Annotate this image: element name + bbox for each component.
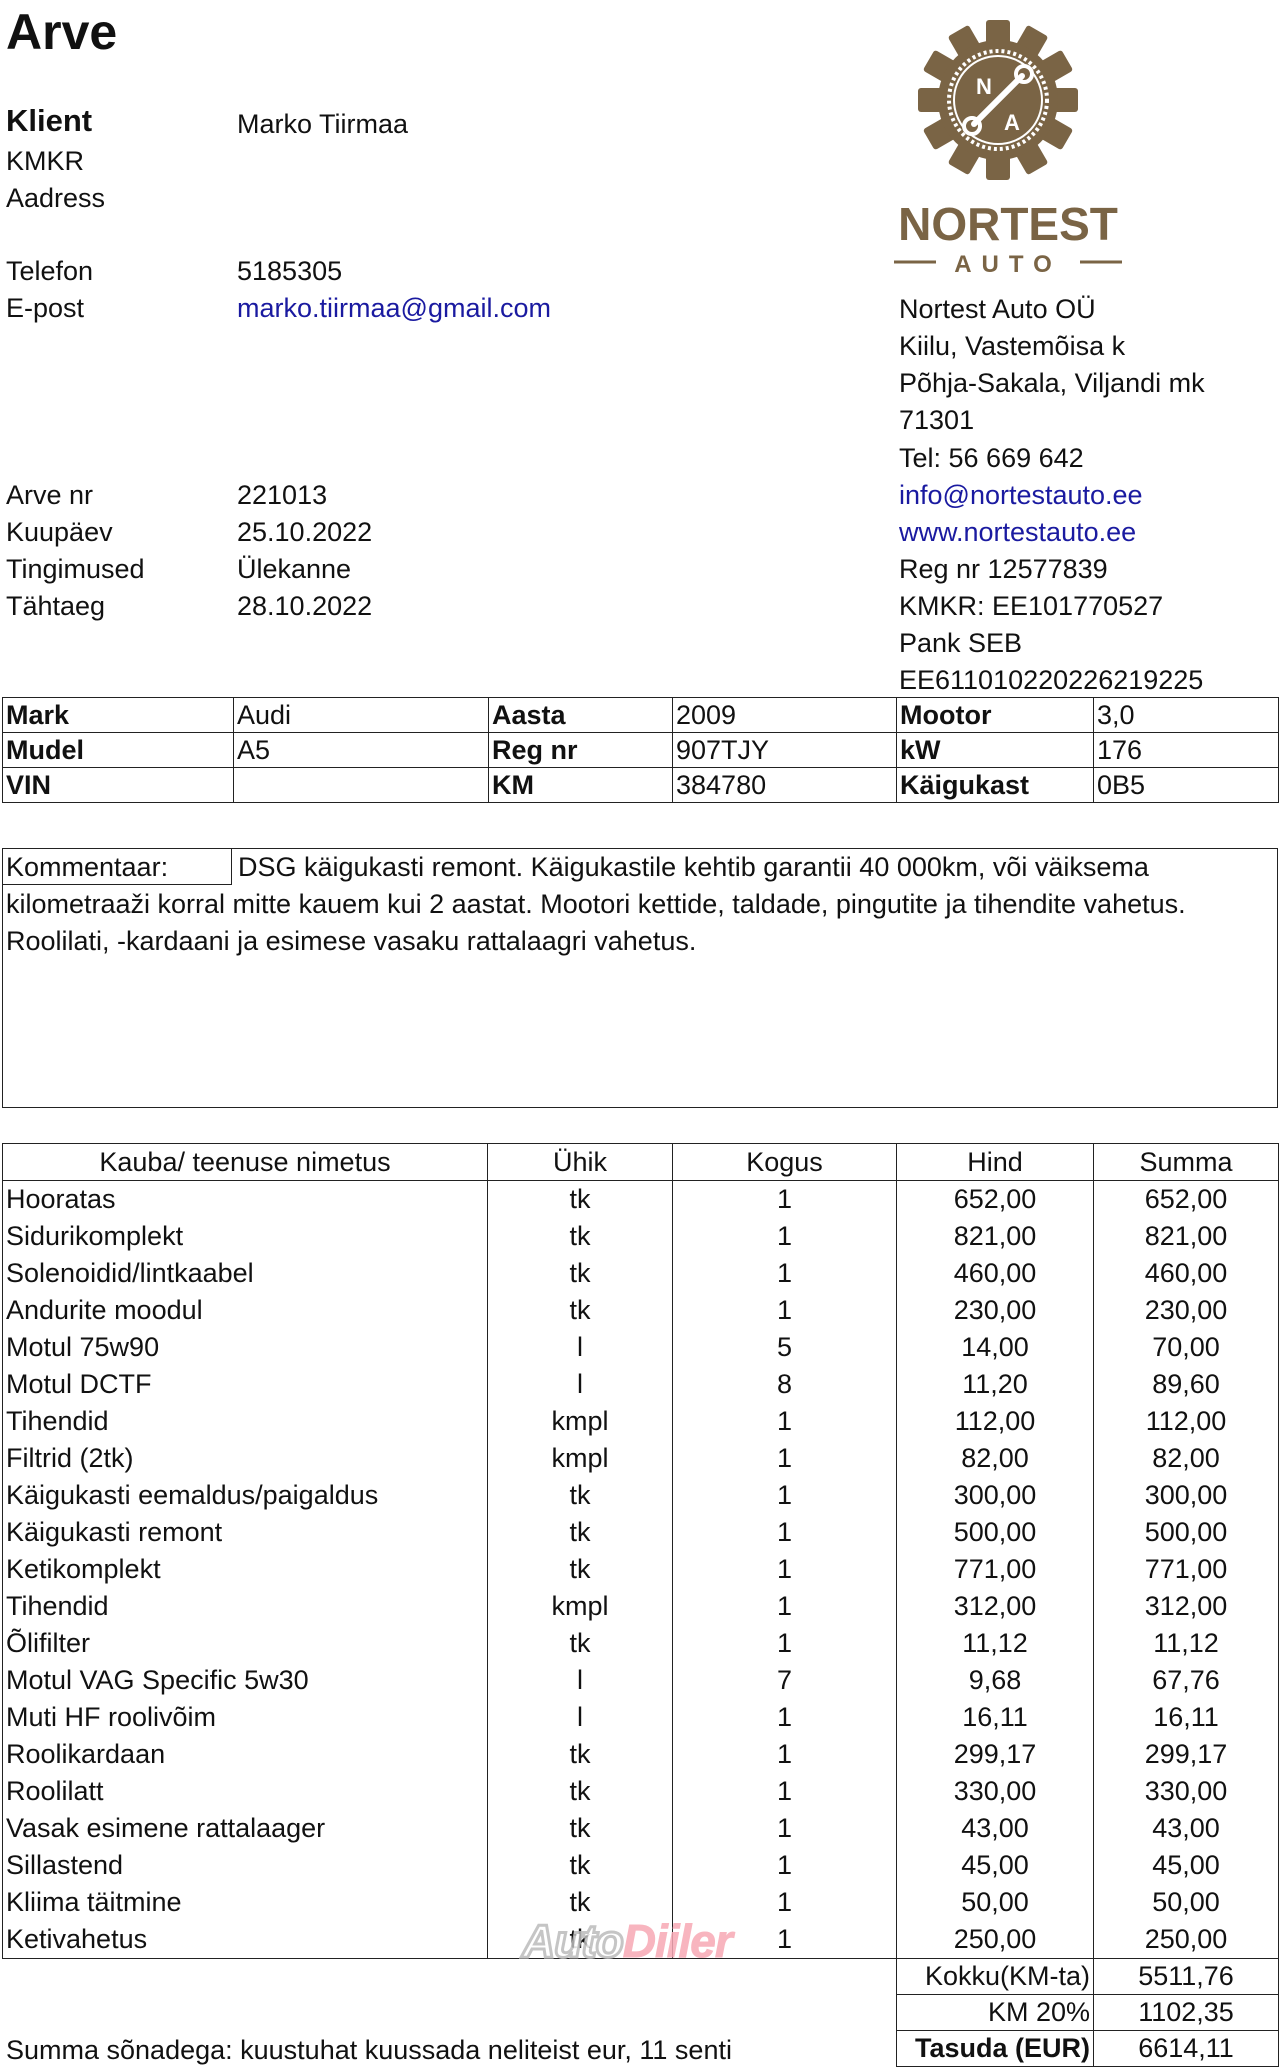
item-name: Muti HF roolivõim — [3, 1699, 488, 1736]
company-bank: Pank SEB — [899, 625, 1022, 662]
client-email-label: E-post — [6, 290, 84, 327]
item-price: 652,00 — [897, 1181, 1094, 1219]
item-sum: 312,00 — [1094, 1588, 1279, 1625]
company-address-2: Põhja-Sakala, Viljandi mk — [899, 365, 1205, 402]
item-price: 112,00 — [897, 1403, 1094, 1440]
vehicle-row: MudelA5Reg nr907TJYkW176 — [3, 733, 1279, 768]
table-row: Motul 75w90l514,0070,00 — [3, 1329, 1279, 1366]
vehicle-field-value: A5 — [234, 733, 489, 768]
item-price: 500,00 — [897, 1514, 1094, 1551]
item-quantity: 1 — [673, 1292, 897, 1329]
comment-box: Kommentaar:DSG käigukasti remont. Käiguk… — [2, 848, 1278, 1108]
amount-in-words: Summa sõnadega: kuustuhat kuussada nelit… — [6, 2032, 732, 2069]
svg-text:NORTEST: NORTEST — [898, 198, 1118, 250]
item-name: Motul VAG Specific 5w30 — [3, 1662, 488, 1699]
vehicle-table: MarkAudiAasta2009Mootor3,0MudelA5Reg nr9… — [2, 697, 1279, 803]
table-row: Sidurikomplekttk1821,00821,00 — [3, 1218, 1279, 1255]
item-unit: tk — [488, 1773, 673, 1810]
total-row: Tasuda (EUR) 6614,11 — [897, 2031, 1279, 2067]
column-header: Kauba/ teenuse nimetus — [3, 1144, 488, 1181]
item-name: Ketivahetus — [3, 1921, 488, 1959]
table-row: Filtrid (2tk)kmpl182,0082,00 — [3, 1440, 1279, 1477]
item-unit: tk — [488, 1514, 673, 1551]
items-header-row: Kauba/ teenuse nimetusÜhikKogusHindSumma — [3, 1144, 1279, 1181]
client-label: Klient — [6, 102, 92, 139]
item-sum: 300,00 — [1094, 1477, 1279, 1514]
item-price: 299,17 — [897, 1736, 1094, 1773]
svg-text:A: A — [1004, 110, 1020, 135]
vehicle-row: VINKM384780Käigukast0B5 — [3, 768, 1279, 803]
item-name: Roolikardaan — [3, 1736, 488, 1773]
table-row: Andurite moodultk1230,00230,00 — [3, 1292, 1279, 1329]
vehicle-field-label: Mootor — [897, 698, 1094, 733]
vehicle-field-value: Audi — [234, 698, 489, 733]
item-name: Tihendid — [3, 1588, 488, 1625]
item-price: 300,00 — [897, 1477, 1094, 1514]
item-price: 230,00 — [897, 1292, 1094, 1329]
item-name: Tihendid — [3, 1403, 488, 1440]
table-row: Ketivahetustk1250,00250,00 — [3, 1921, 1279, 1959]
vat-row: KM 20% 1102,35 — [897, 1995, 1279, 2031]
item-quantity: 1 — [673, 1699, 897, 1736]
item-sum: 500,00 — [1094, 1514, 1279, 1551]
client-name: Marko Tiirmaa — [237, 106, 408, 143]
item-unit: l — [488, 1366, 673, 1403]
item-quantity: 1 — [673, 1847, 897, 1884]
item-name: Solenoidid/lintkaabel — [3, 1255, 488, 1292]
totals-table: Kokku(KM-ta) 5511,76 KM 20% 1102,35 Tasu… — [896, 1958, 1279, 2067]
item-name: Sidurikomplekt — [3, 1218, 488, 1255]
item-quantity: 1 — [673, 1218, 897, 1255]
item-unit: l — [488, 1662, 673, 1699]
item-name: Vasak esimene rattalaager — [3, 1810, 488, 1847]
client-kmkr-label: KMKR — [6, 143, 84, 180]
vehicle-field-label: Mark — [3, 698, 234, 733]
vehicle-field-label: kW — [897, 733, 1094, 768]
item-unit: tk — [488, 1921, 673, 1959]
item-price: 43,00 — [897, 1810, 1094, 1847]
item-sum: 112,00 — [1094, 1403, 1279, 1440]
item-quantity: 1 — [673, 1884, 897, 1921]
item-name: Andurite moodul — [3, 1292, 488, 1329]
invoice-number: 221013 — [237, 477, 327, 514]
vehicle-row: MarkAudiAasta2009Mootor3,0 — [3, 698, 1279, 733]
company-website-link[interactable]: www.nortestauto.ee — [899, 514, 1136, 551]
item-price: 11,12 — [897, 1625, 1094, 1662]
item-name: Filtrid (2tk) — [3, 1440, 488, 1477]
invoice-title: Arve — [6, 2, 117, 62]
item-unit: kmpl — [488, 1440, 673, 1477]
company-kmkr: KMKR: EE101770527 — [899, 588, 1163, 625]
item-quantity: 1 — [673, 1810, 897, 1847]
item-name: Sillastend — [3, 1847, 488, 1884]
item-sum: 299,17 — [1094, 1736, 1279, 1773]
item-quantity: 1 — [673, 1773, 897, 1810]
item-sum: 82,00 — [1094, 1440, 1279, 1477]
item-sum: 43,00 — [1094, 1810, 1279, 1847]
gear-wrench-logo-icon: N A NORTEST AUTO — [888, 8, 1128, 278]
company-iban: EE611010220226219225 — [899, 662, 1203, 699]
vehicle-field-label: Mudel — [3, 733, 234, 768]
svg-text:AUTO: AUTO — [954, 251, 1062, 278]
item-quantity: 1 — [673, 1255, 897, 1292]
column-header: Summa — [1094, 1144, 1279, 1181]
item-sum: 89,60 — [1094, 1366, 1279, 1403]
item-sum: 771,00 — [1094, 1551, 1279, 1588]
item-name: Kliima täitmine — [3, 1884, 488, 1921]
item-sum: 16,11 — [1094, 1699, 1279, 1736]
table-row: Ketikomplekttk1771,00771,00 — [3, 1551, 1279, 1588]
table-row: Õlifiltertk111,1211,12 — [3, 1625, 1279, 1662]
column-header: Ühik — [488, 1144, 673, 1181]
subtotal-value: 5511,76 — [1094, 1959, 1279, 1995]
item-price: 11,20 — [897, 1366, 1094, 1403]
table-row: Roolilatttk1330,00330,00 — [3, 1773, 1279, 1810]
column-header: Hind — [897, 1144, 1094, 1181]
item-price: 14,00 — [897, 1329, 1094, 1366]
item-unit: kmpl — [488, 1588, 673, 1625]
column-header: Kogus — [673, 1144, 897, 1181]
item-name: Motul DCTF — [3, 1366, 488, 1403]
vehicle-field-label: Aasta — [489, 698, 673, 733]
item-price: 50,00 — [897, 1884, 1094, 1921]
table-row: Solenoidid/lintkaabeltk1460,00460,00 — [3, 1255, 1279, 1292]
company-address-1: Kiilu, Vastemõisa k — [899, 328, 1125, 365]
item-sum: 230,00 — [1094, 1292, 1279, 1329]
item-unit: l — [488, 1699, 673, 1736]
total-label: Tasuda (EUR) — [897, 2031, 1094, 2067]
line-items-table: Kauba/ teenuse nimetusÜhikKogusHindSumma… — [2, 1143, 1279, 1959]
invoice-number-label: Arve nr — [6, 477, 93, 514]
item-price: 771,00 — [897, 1551, 1094, 1588]
invoice-date: 25.10.2022 — [237, 514, 372, 551]
item-quantity: 5 — [673, 1329, 897, 1366]
item-unit: kmpl — [488, 1403, 673, 1440]
vehicle-field-value: 907TJY — [673, 733, 897, 768]
item-unit: tk — [488, 1847, 673, 1884]
vehicle-field-value: 3,0 — [1094, 698, 1279, 733]
item-unit: tk — [488, 1625, 673, 1662]
vat-label: KM 20% — [897, 1995, 1094, 2031]
table-row: Muti HF roolivõiml116,1116,11 — [3, 1699, 1279, 1736]
item-name: Roolilatt — [3, 1773, 488, 1810]
item-quantity: 1 — [673, 1403, 897, 1440]
item-price: 460,00 — [897, 1255, 1094, 1292]
client-address-label: Aadress — [6, 180, 105, 217]
table-row: Sillastendtk145,0045,00 — [3, 1847, 1279, 1884]
item-price: 45,00 — [897, 1847, 1094, 1884]
item-price: 9,68 — [897, 1662, 1094, 1699]
item-name: Motul 75w90 — [3, 1329, 488, 1366]
invoice-terms-label: Tingimused — [6, 551, 145, 588]
item-unit: tk — [488, 1551, 673, 1588]
item-quantity: 1 — [673, 1477, 897, 1514]
item-quantity: 1 — [673, 1588, 897, 1625]
item-name: Käigukasti remont — [3, 1514, 488, 1551]
item-quantity: 1 — [673, 1625, 897, 1662]
item-sum: 460,00 — [1094, 1255, 1279, 1292]
vehicle-field-value: 0B5 — [1094, 768, 1279, 803]
client-email-link[interactable]: marko.tiirmaa@gmail.com — [237, 290, 551, 327]
total-value: 6614,11 — [1094, 2031, 1279, 2067]
company-logo: N A NORTEST AUTO — [888, 8, 1128, 278]
company-postal: 71301 — [899, 402, 974, 439]
invoice-date-label: Kuupäev — [6, 514, 113, 551]
table-row: Vasak esimene rattalaagertk143,0043,00 — [3, 1810, 1279, 1847]
item-unit: tk — [488, 1255, 673, 1292]
vehicle-field-label: Käigukast — [897, 768, 1094, 803]
table-row: Roolikardaantk1299,17299,17 — [3, 1736, 1279, 1773]
company-reg: Reg nr 12577839 — [899, 551, 1108, 588]
item-price: 821,00 — [897, 1218, 1094, 1255]
item-sum: 821,00 — [1094, 1218, 1279, 1255]
item-unit: tk — [488, 1736, 673, 1773]
item-unit: tk — [488, 1181, 673, 1219]
item-quantity: 1 — [673, 1551, 897, 1588]
item-price: 330,00 — [897, 1773, 1094, 1810]
item-sum: 652,00 — [1094, 1181, 1279, 1219]
vehicle-field-value — [234, 768, 489, 803]
item-price: 82,00 — [897, 1440, 1094, 1477]
item-sum: 250,00 — [1094, 1921, 1279, 1959]
item-unit: l — [488, 1329, 673, 1366]
item-quantity: 7 — [673, 1662, 897, 1699]
table-row: Hooratastk1652,00652,00 — [3, 1181, 1279, 1219]
item-name: Ketikomplekt — [3, 1551, 488, 1588]
invoice-due: 28.10.2022 — [237, 588, 372, 625]
item-quantity: 8 — [673, 1366, 897, 1403]
item-price: 16,11 — [897, 1699, 1094, 1736]
table-row: Kliima täitminetk150,0050,00 — [3, 1884, 1279, 1921]
vehicle-field-value: 176 — [1094, 733, 1279, 768]
comment-text: Kommentaar:DSG käigukasti remont. Käiguk… — [6, 849, 1271, 960]
invoice-due-label: Tähtaeg — [6, 588, 105, 625]
subtotal-label: Kokku(KM-ta) — [897, 1959, 1094, 1995]
table-row: Käigukasti remonttk1500,00500,00 — [3, 1514, 1279, 1551]
company-name: Nortest Auto OÜ — [899, 291, 1096, 328]
item-sum: 330,00 — [1094, 1773, 1279, 1810]
company-phone: Tel: 56 669 642 — [899, 440, 1084, 477]
item-name: Käigukasti eemaldus/paigaldus — [3, 1477, 488, 1514]
item-unit: tk — [488, 1292, 673, 1329]
item-unit: tk — [488, 1810, 673, 1847]
client-phone-label: Telefon — [6, 253, 93, 290]
table-row: Tihendidkmpl1312,00312,00 — [3, 1588, 1279, 1625]
vehicle-field-value: 384780 — [673, 768, 897, 803]
table-row: Tihendidkmpl1112,00112,00 — [3, 1403, 1279, 1440]
item-name: Õlifilter — [3, 1625, 488, 1662]
table-row: Motul DCTFl811,2089,60 — [3, 1366, 1279, 1403]
vehicle-field-label: Reg nr — [489, 733, 673, 768]
item-sum: 11,12 — [1094, 1625, 1279, 1662]
subtotal-row: Kokku(KM-ta) 5511,76 — [897, 1959, 1279, 1995]
item-quantity: 1 — [673, 1440, 897, 1477]
item-unit: tk — [488, 1884, 673, 1921]
item-name: Hooratas — [3, 1181, 488, 1219]
vehicle-field-label: VIN — [3, 768, 234, 803]
company-email-link[interactable]: info@nortestauto.ee — [899, 477, 1143, 514]
vehicle-field-value: 2009 — [673, 698, 897, 733]
comment-label: Kommentaar: — [6, 849, 168, 886]
item-price: 250,00 — [897, 1921, 1094, 1959]
comment-body: DSG käigukasti remont. Käigukastile keht… — [6, 852, 1186, 956]
item-quantity: 1 — [673, 1921, 897, 1959]
item-unit: tk — [488, 1477, 673, 1514]
vat-value: 1102,35 — [1094, 1995, 1279, 2031]
item-quantity: 1 — [673, 1736, 897, 1773]
vehicle-field-label: KM — [489, 768, 673, 803]
table-row: Motul VAG Specific 5w30l79,6867,76 — [3, 1662, 1279, 1699]
svg-text:N: N — [976, 74, 992, 99]
item-unit: tk — [488, 1218, 673, 1255]
invoice-terms: Ülekanne — [237, 551, 351, 588]
item-quantity: 1 — [673, 1181, 897, 1219]
item-price: 312,00 — [897, 1588, 1094, 1625]
client-phone: 5185305 — [237, 253, 342, 290]
table-row: Käigukasti eemaldus/paigaldustk1300,0030… — [3, 1477, 1279, 1514]
item-sum: 45,00 — [1094, 1847, 1279, 1884]
item-sum: 67,76 — [1094, 1662, 1279, 1699]
item-sum: 50,00 — [1094, 1884, 1279, 1921]
item-sum: 70,00 — [1094, 1329, 1279, 1366]
item-quantity: 1 — [673, 1514, 897, 1551]
